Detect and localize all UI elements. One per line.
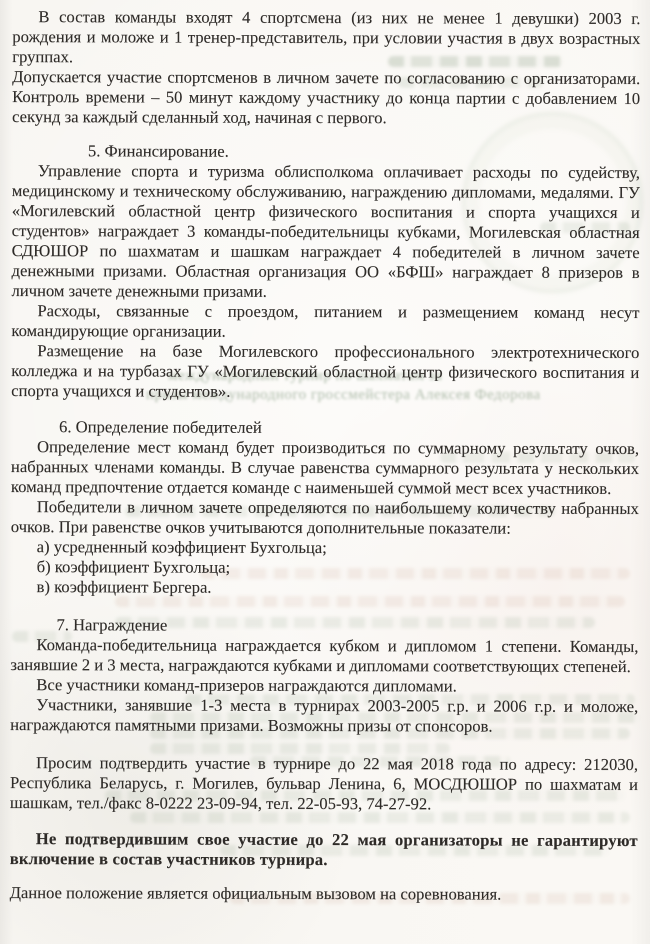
paragraph-individual-ranking: Победители в личном зачете определяются … xyxy=(11,497,639,539)
paragraph-official-invitation: Данное положение является официальным вы… xyxy=(10,883,638,905)
document-page: международный турнир по шахматам за приз… xyxy=(0,0,650,944)
paragraph-individual-prizes: Участники, занявшие 1-3 места в турнирах… xyxy=(10,695,638,737)
paragraph-team-ranking: Определение мест команд будет производит… xyxy=(11,437,639,499)
paragraph-team-composition: В состав команды входят 4 спортсмена (из… xyxy=(12,7,640,69)
paragraph-accommodation: Размещение на базе Могилевского професси… xyxy=(11,341,639,403)
list-item-buchholz: б) коэффициент Бухгольца; xyxy=(11,557,639,579)
section-heading-awards: 7. Награждение xyxy=(10,615,638,637)
section-heading-financing: 5. Финансирование. xyxy=(12,141,640,163)
list-item-berger: в) коэффициент Бергера. xyxy=(11,577,639,599)
paragraph-diplomas: Все участники команд-призеров награждают… xyxy=(10,675,638,697)
paragraph-team-awards: Команда-победительница награждается кубк… xyxy=(10,635,638,677)
paragraph-confirmation-address: Просим подтвердить участие в турнире до … xyxy=(10,753,638,815)
list-item-buchholz-avg: а) усредненный коэффициент Бухгольца; xyxy=(11,537,639,559)
section-heading-winners: 6. Определение победителей xyxy=(11,417,639,439)
paragraph-time-control: Допускается участие спортсменов в личном… xyxy=(12,67,640,129)
paragraph-travel-expenses: Расходы, связанные с проездом, питанием … xyxy=(11,301,639,343)
paragraph-confirmation-warning: Не подтвердившим свое участие до 22 мая … xyxy=(10,829,638,871)
document-text: В состав команды входят 4 спортсмена (из… xyxy=(0,0,650,905)
paragraph-financing: Управление спорта и туризма облисполкома… xyxy=(11,161,639,303)
